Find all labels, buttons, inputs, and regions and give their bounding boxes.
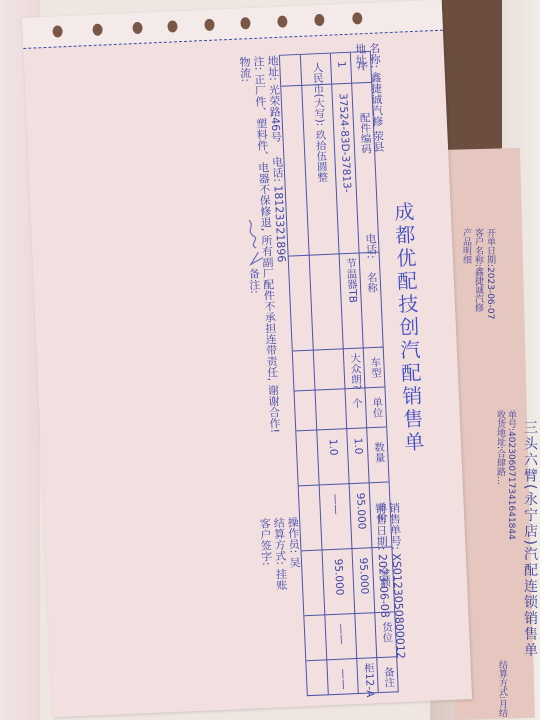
total-remark: —— [337, 668, 350, 690]
second-receipt-order-date: 开单日期:2023-06-07 [484, 228, 497, 319]
receipt-title: 成都优配技创汽配销售单 [388, 201, 428, 455]
row-qty: 1.0 [352, 437, 365, 454]
row-amount: 95.000 [357, 557, 371, 594]
second-receipt-settlement: 结算方式:月结 [496, 660, 509, 717]
row-model: 大众朗? [348, 352, 365, 390]
total-location: —— [335, 623, 348, 645]
header-name: 名称 [364, 272, 380, 294]
receipt-sheet: 成都优配技创汽配销售单 名称: 鑫捷诚汽修 荥县 地址: 电话: 销售单号: X… [22, 0, 472, 717]
row-price: 95.000 [354, 492, 368, 529]
remark-label: 备注: [245, 268, 262, 294]
header-part-code: 配件编码 [357, 112, 374, 155]
total-price: —— [329, 494, 342, 516]
header-unit: 单位 [370, 397, 386, 419]
header-qty: 数量 [372, 441, 388, 463]
row-part-code: 37524-83D-37813- [337, 93, 353, 193]
customer-signature-label: 客户签字: [256, 518, 274, 566]
header-seq: 序 [355, 60, 370, 71]
header-model: 车型 [368, 357, 384, 379]
second-receipt-product: 产品明细 [460, 228, 473, 264]
second-receipt-shipping: 收货地址:合肆路... [494, 410, 507, 485]
total-in-words: 人民币(大写): 玖拾伍圆整 [310, 62, 330, 183]
total-qty: 1.0 [327, 439, 340, 456]
header-amount: 金额 [377, 566, 393, 588]
row-remark: 柜12-A [361, 662, 378, 697]
header-price: 单价 [374, 501, 390, 523]
header-remark: 备注 [382, 666, 398, 688]
row-name: 节温器TB [344, 258, 361, 304]
header-location: 货位 [380, 621, 396, 643]
handwritten-signature [241, 217, 273, 268]
row-unit: 个 [350, 397, 365, 408]
total-amount: 95.000 [332, 558, 346, 595]
logistics-label: 物流: [236, 56, 253, 82]
row-seq: 1 [335, 61, 347, 68]
second-receipt-customer: 客户名称:鑫捷诚汽修 [472, 228, 485, 312]
second-receipt-title: 三头六臂(永宁店)汽配连锁销售单 [520, 420, 540, 659]
